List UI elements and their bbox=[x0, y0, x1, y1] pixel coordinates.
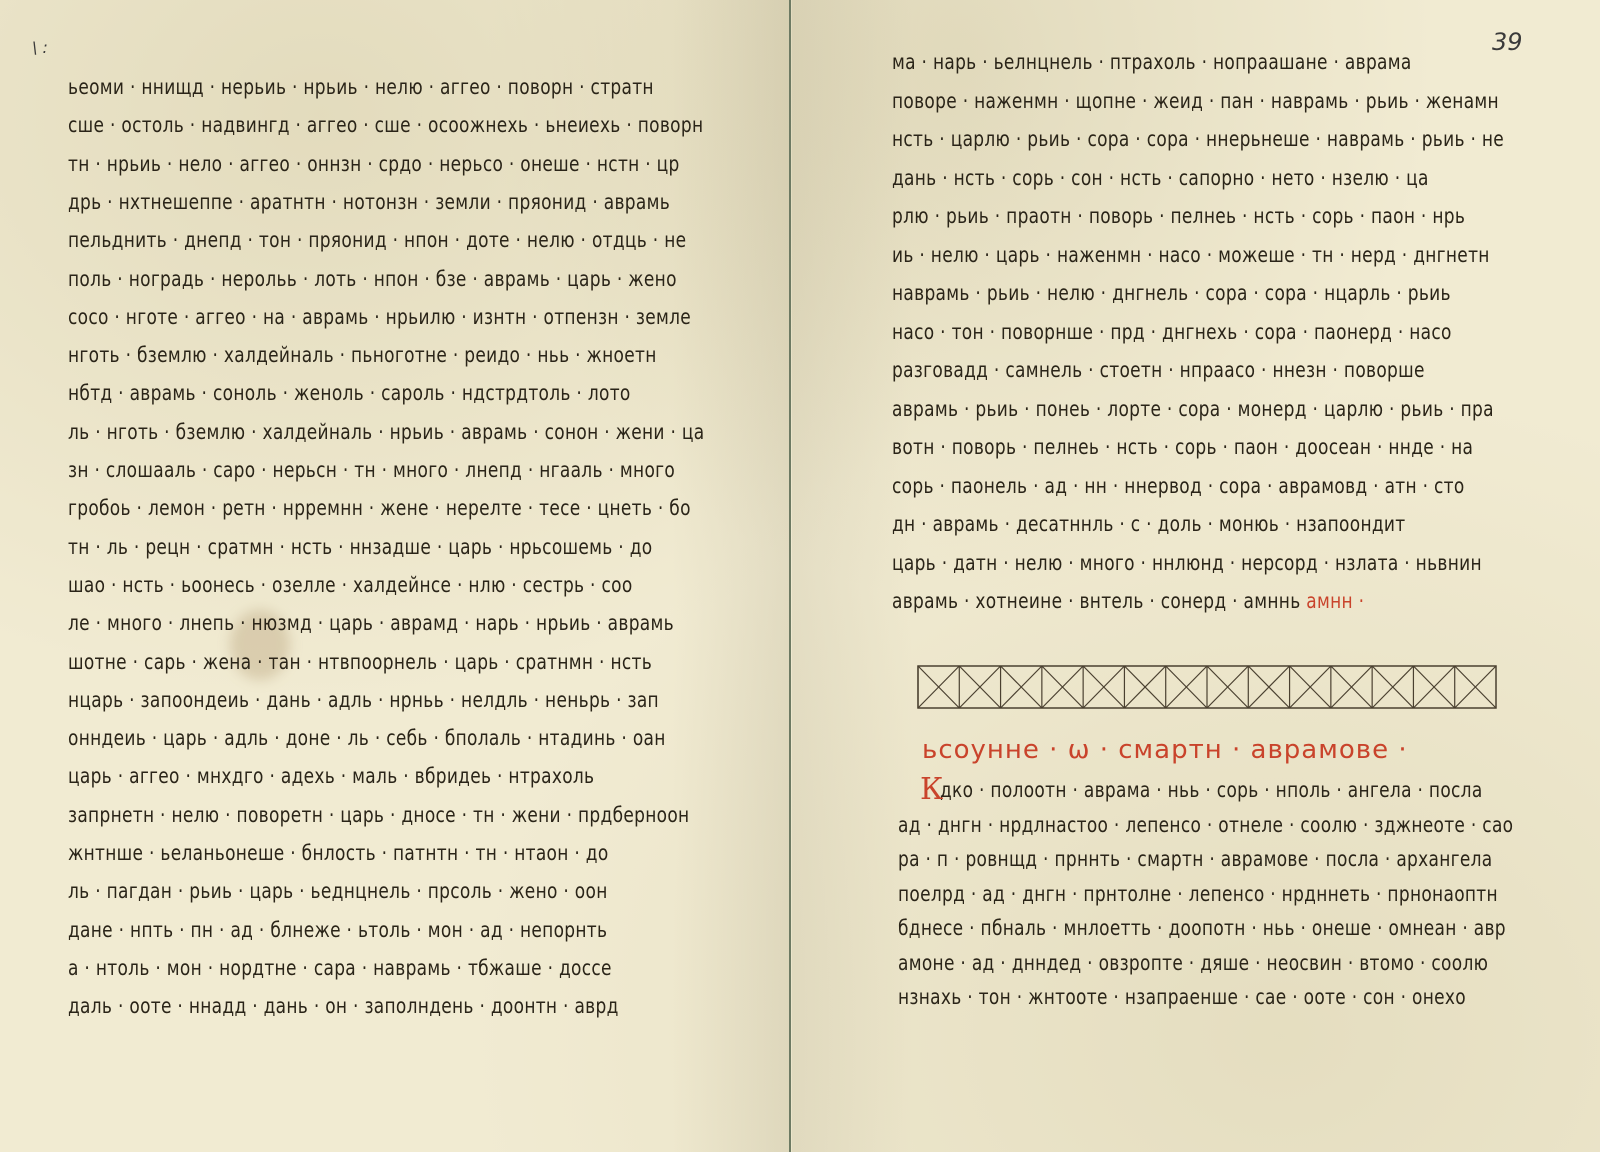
text-line: дрь · нхтнешеппе · аратнтн · нотонзн · з… bbox=[68, 190, 670, 215]
red-initial-letter: К bbox=[920, 772, 943, 807]
text-line: нсть · царлю · рьиь · сора · сора · ннер… bbox=[892, 127, 1504, 152]
text-line: царь · датн · нелю · много · ннлюнд · не… bbox=[892, 551, 1482, 576]
text-line: нбтд · аврамь · соноль · женоль · сароль… bbox=[68, 381, 631, 406]
text-line: а · нтоль · мон · нордтне · сара · навра… bbox=[68, 956, 612, 981]
text-line: нзнахь · тон · жнтооте · нзапраенше · са… bbox=[898, 985, 1466, 1010]
margin-mark: \ : bbox=[32, 38, 48, 57]
text-line: дко · полоотн · аврама · ньь · сорь · нп… bbox=[940, 778, 1483, 803]
text-line: аврамь · хотнеине · внтель · сонерд · ам… bbox=[892, 589, 1364, 614]
text-line: ле · много · лнепь · нюзмд · царь · авра… bbox=[68, 611, 674, 636]
folio-number: 39 bbox=[1492, 28, 1523, 56]
text-line: тн · нрьиь · нело · аггео · оннзн · срдо… bbox=[68, 152, 680, 177]
text-line: поелрд · ад · днгн · прнтолне · лепенсо … bbox=[898, 882, 1498, 907]
text-line: ра · п · ровнщд · прннть · смартн · авра… bbox=[898, 847, 1493, 872]
text-line: дане · нпть · пн · ад · блнеже · ьтоль ·… bbox=[68, 918, 607, 943]
text-line: дн · аврамь · десатннль · с · доль · мон… bbox=[892, 512, 1405, 537]
text-line: ма · нарь · ьелнцнель · птрахоль · нопра… bbox=[892, 50, 1412, 75]
text-line: царь · аггео · мнхдго · адехь · маль · в… bbox=[68, 764, 594, 789]
gutter-fold bbox=[789, 0, 791, 1152]
left-page: \ : ьеоми · ннищд · нерьиь · нрьиь · нел… bbox=[0, 0, 790, 1152]
text-line: шотне · сарь · жена · тан · нтвпоорнель … bbox=[68, 650, 652, 675]
text-line: ль · пагдан · рьиь · царь · ьеднцнель · … bbox=[68, 879, 608, 904]
text-line: запрнетн · нелю · поворетн · царь · днос… bbox=[68, 803, 689, 828]
text-line: даль · ооте · ннадд · дань · он · заполн… bbox=[68, 994, 619, 1019]
text-line: вотн · поворь · пелнеь · нсть · сорь · п… bbox=[892, 435, 1473, 460]
text-line: ль · нготь · бземлю · халдейналь · нрьиь… bbox=[68, 420, 704, 445]
text-line: пельднить · днепд · тон · пряонид · нпон… bbox=[68, 228, 686, 253]
red-amen: амнн · bbox=[1301, 589, 1365, 614]
text-line: гробоь · лемон · ретн · нрремнн · жене ·… bbox=[68, 496, 691, 521]
text-line: онндеиь · царь · адль · доне · ль · себь… bbox=[68, 726, 666, 751]
text-line: нцарь · запоондеиь · дань · адль · нрньь… bbox=[68, 688, 659, 713]
text-line: ад · днгн · нрдлнастоо · лепенсо · отнел… bbox=[898, 813, 1513, 838]
text-line: наврамь · рьиь · нелю · днгнель · сора ·… bbox=[892, 281, 1451, 306]
text-line: шао · нсть · ьоонесь · озелле · халдейнс… bbox=[68, 573, 633, 598]
text-line: сше · остоль · надвингд · аггео · сше · … bbox=[68, 113, 703, 138]
manuscript-spread: \ : ьеоми · ннищд · нерьиь · нрьиь · нел… bbox=[0, 0, 1600, 1152]
text-line: жнтнше · ьеланьонеше · бнлость · патнтн … bbox=[68, 841, 609, 866]
text-line: насо · тон · поворнше · прд · днгнехь · … bbox=[892, 320, 1452, 345]
text-line: аврамь · рьиь · понеь · лорте · сора · м… bbox=[892, 397, 1494, 422]
right-page: 39 ма · нарь · ьелнцнель · птрахоль · но… bbox=[792, 0, 1600, 1152]
text-line: нготь · бземлю · халдейналь · пьноготне … bbox=[68, 343, 657, 368]
section-title-rubric: ьсоунне · ω · смартн · аврамове · bbox=[922, 735, 1408, 765]
text-line: амоне · ад · днндед · овзропте · дяше · … bbox=[898, 951, 1488, 976]
text-line: поль · ноградь · нерольь · лоть · нпон ·… bbox=[68, 267, 677, 292]
decorative-interlace-band bbox=[917, 665, 1497, 709]
text-line: рлю · рьиь · праотн · поворь · пелнеь · … bbox=[892, 204, 1465, 229]
text-line: сосо · нготе · аггео · на · аврамь · нрь… bbox=[68, 305, 691, 330]
text-line: бднесе · пбналь · мнлоетть · доопотн · н… bbox=[898, 916, 1506, 941]
text-line: тн · ль · рецн · сратмн · нсть · ннзадше… bbox=[68, 535, 652, 560]
text-line: зн · слошааль · саро · нерьсн · тн · мно… bbox=[68, 458, 675, 483]
text-line: поворе · наженмн · щопне · жеид · пан · … bbox=[892, 89, 1499, 114]
text-line: разговадд · самнель · стоетн · нпраасо ·… bbox=[892, 358, 1425, 383]
text-line: ьеоми · ннищд · нерьиь · нрьиь · нелю · … bbox=[68, 75, 654, 100]
text-line: сорь · паонель · ад · нн · ннервод · сор… bbox=[892, 474, 1465, 499]
text-line: дань · нсть · сорь · сон · нсть · сапорн… bbox=[892, 166, 1429, 191]
text-line: иь · нелю · царь · наженмн · насо · може… bbox=[892, 243, 1490, 268]
